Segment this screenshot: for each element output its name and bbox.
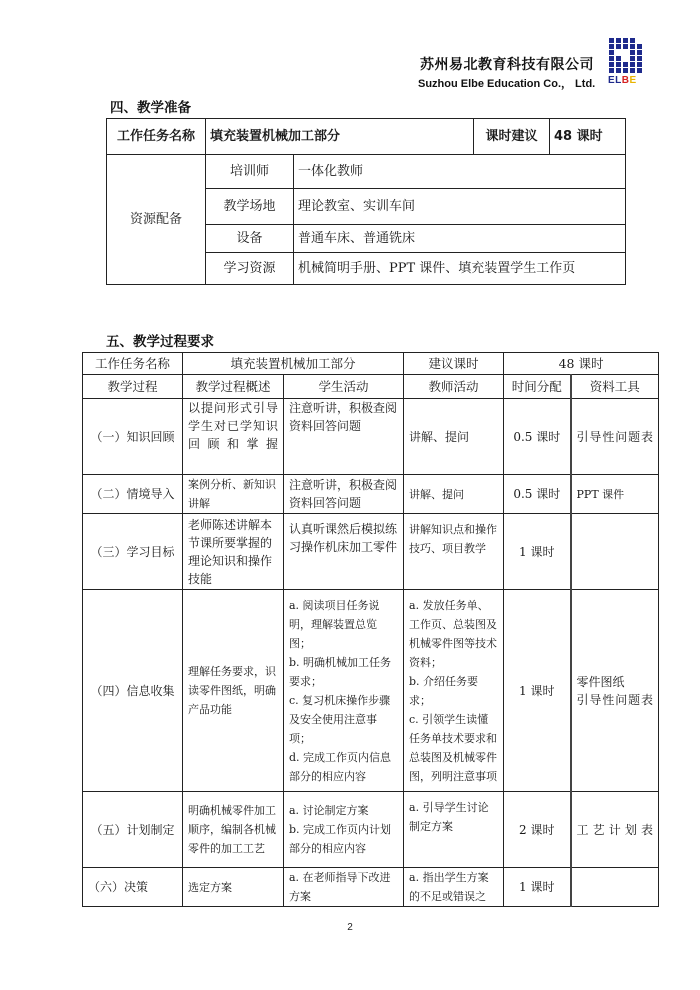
table-row: （二）情境导入 案例分析、新知识讲解 注意听讲，积极查阅资料回答问题 讲解、提问…: [83, 475, 659, 514]
table-row: （三）学习目标 老师陈述讲解本节课所要掌握的理论知识和操作技能 认真听课然后模拟…: [83, 514, 659, 590]
column-header-teacher: 教师活动: [404, 375, 504, 399]
logo-grid-icon: [606, 38, 644, 74]
column-header-time: 时间分配: [504, 375, 571, 399]
row-overview: 选定方案: [183, 868, 284, 907]
row-overview: 案例分析、新知识讲解: [183, 475, 284, 514]
row-teacher-activity: a. 引导学生讨论制定方案: [404, 792, 504, 868]
column-header-student: 学生活动: [284, 375, 404, 399]
tools-line-1: 零件图纸: [577, 673, 654, 691]
row-stage: （一）知识回顾: [83, 399, 183, 475]
resource-learning-label: 学习资源: [206, 253, 294, 285]
row-stage: （三）学习目标: [83, 514, 183, 590]
row-tools: 零件图纸 引导性问题表: [571, 590, 659, 792]
task-name-label: 工作任务名称: [107, 119, 206, 155]
process-task-label: 工作任务名称: [83, 353, 183, 375]
row-student-activity: 认真听课然后模拟练习操作机床加工零件: [284, 514, 404, 590]
row-stage: （五）计划制定: [83, 792, 183, 868]
row-time: 0.5 课时: [504, 475, 571, 514]
tools-line-2: 引导性问题表: [577, 691, 654, 709]
student-step-c: c. 复习机床操作步骤及安全使用注意事项；: [289, 691, 398, 748]
student-step-b: b. 完成工作页内计划部分的相应内容: [289, 820, 398, 858]
row-teacher-activity: a. 发放任务单、工作页、总装图及机械零件图等技术资料； b. 介绍任务要求； …: [404, 590, 504, 792]
section-title-teaching-process: 五、教学过程要求: [106, 330, 214, 350]
row-student-activity: 注意听讲，积极查阅资料回答问题: [284, 475, 404, 514]
row-stage: （六）决策: [83, 868, 183, 907]
table-row: （一）知识回顾 以提问形式引导学生对已学知识回顾和掌握 注意听讲，积极查阅资料回…: [83, 399, 659, 475]
teacher-step-b: b. 介绍任务要求；: [409, 672, 498, 710]
row-student-activity: a. 在老师指导下改进方案: [284, 868, 404, 907]
resource-learning-value: 机械简明手册、PPT 课件、填充装置学生工作页: [294, 253, 626, 285]
logo-letter-b: B: [622, 75, 630, 86]
row-tools: [571, 514, 659, 590]
section-title-teaching-prep: 四、教学准备: [110, 96, 191, 116]
logo-letter-l: L: [615, 75, 622, 86]
row-time: 1 课时: [504, 514, 571, 590]
row-student-activity: a. 讨论制定方案 b. 完成工作页内计划部分的相应内容: [284, 792, 404, 868]
task-name-value: 填充装置机械加工部分: [206, 119, 474, 155]
table-row: （四）信息收集 理解任务要求，识读零件图纸，明确产品功能 a. 阅读项目任务说明…: [83, 590, 659, 792]
column-header-tools: 资料工具: [571, 375, 659, 399]
resource-label: 资源配备: [107, 155, 206, 285]
student-step-b: b. 明确机械加工任务要求；: [289, 653, 398, 691]
company-name-cn: 苏州易北教育科技有限公司: [420, 54, 594, 74]
logo-wordmark: ELBE: [608, 75, 637, 86]
table-row: （六）决策 选定方案 a. 在老师指导下改进方案 a. 指出学生方案的不足或错误…: [83, 868, 659, 907]
row-teacher-activity: 讲解、提问: [404, 475, 504, 514]
logo-letter-e2: E: [630, 75, 637, 86]
column-header-stage: 教学过程: [83, 375, 183, 399]
teaching-process-table: 工作任务名称 填充装置机械加工部分 建议课时 48 课时 教学过程 教学过程概述…: [82, 352, 659, 907]
resource-equipment-label: 设备: [206, 225, 294, 253]
row-time: 1 课时: [504, 590, 571, 792]
row-stage: （二）情境导入: [83, 475, 183, 514]
elbe-logo-icon: [606, 38, 644, 74]
page-number: 2: [0, 922, 700, 933]
resource-venue-value: 理论教室、实训车间: [294, 189, 626, 225]
row-tools: 引导性问题表: [571, 399, 659, 475]
row-student-activity: a. 阅读项目任务说明，理解装置总览图； b. 明确机械加工任务要求； c. 复…: [284, 590, 404, 792]
row-teacher-activity: 讲解、提问: [404, 399, 504, 475]
column-header-overview: 教学过程概述: [183, 375, 284, 399]
row-overview: 理解任务要求，识读零件图纸，明确产品功能: [183, 590, 284, 792]
hours-value: 48 课时: [550, 119, 626, 155]
resource-trainer-label: 培训师: [206, 155, 294, 189]
row-student-activity: 注意听讲，积极查阅资料回答问题: [284, 399, 404, 475]
company-header: 苏州易北教育科技有限公司 Suzhou Elbe Education Co.， …: [420, 54, 700, 94]
row-time: 0.5 课时: [504, 399, 571, 475]
resource-equipment-value: 普通车床、普通铣床: [294, 225, 626, 253]
student-step-d: d. 完成工作页内信息部分的相应内容: [289, 748, 398, 786]
resource-trainer-value: 一体化教师: [294, 155, 626, 189]
row-time: 1 课时: [504, 868, 571, 907]
process-task-value: 填充装置机械加工部分: [183, 353, 404, 375]
resource-venue-label: 教学场地: [206, 189, 294, 225]
student-step-a: a. 阅读项目任务说明，理解装置总览图；: [289, 596, 398, 653]
student-step-a: a. 讨论制定方案: [289, 801, 398, 820]
table-row: （五）计划制定 明确机械零件加工顺序，编制各机械零件的加工工艺 a. 讨论制定方…: [83, 792, 659, 868]
hours-label: 课时建议: [474, 119, 550, 155]
process-hours-value: 48 课时: [504, 353, 659, 375]
row-teacher-activity: 讲解知识点和操作技巧、项目教学: [404, 514, 504, 590]
teacher-step-c: c. 引领学生读懂任务单技术要求和总装图及机械零件图，列明注意事项: [409, 710, 498, 786]
company-name-en: Suzhou Elbe Education Co.， Ltd.: [418, 75, 595, 91]
process-hours-label: 建议课时: [404, 353, 504, 375]
row-tools: [571, 868, 659, 907]
teacher-step-a: a. 发放任务单、工作页、总装图及机械零件图等技术资料；: [409, 596, 498, 672]
row-teacher-activity: a. 指出学生方案的不足或错误之: [404, 868, 504, 907]
teaching-prep-table: 工作任务名称 填充装置机械加工部分 课时建议 48 课时 资源配备 培训师 一体…: [106, 118, 626, 285]
row-overview: 明确机械零件加工顺序，编制各机械零件的加工工艺: [183, 792, 284, 868]
row-stage: （四）信息收集: [83, 590, 183, 792]
row-overview: 老师陈述讲解本节课所要掌握的理论知识和操作技能: [183, 514, 284, 590]
row-time: 2 课时: [504, 792, 571, 868]
row-tools: 工艺计划表: [571, 792, 659, 868]
row-overview: 以提问形式引导学生对已学知识回顾和掌握: [183, 399, 284, 475]
row-tools: PPT 课件: [571, 475, 659, 514]
